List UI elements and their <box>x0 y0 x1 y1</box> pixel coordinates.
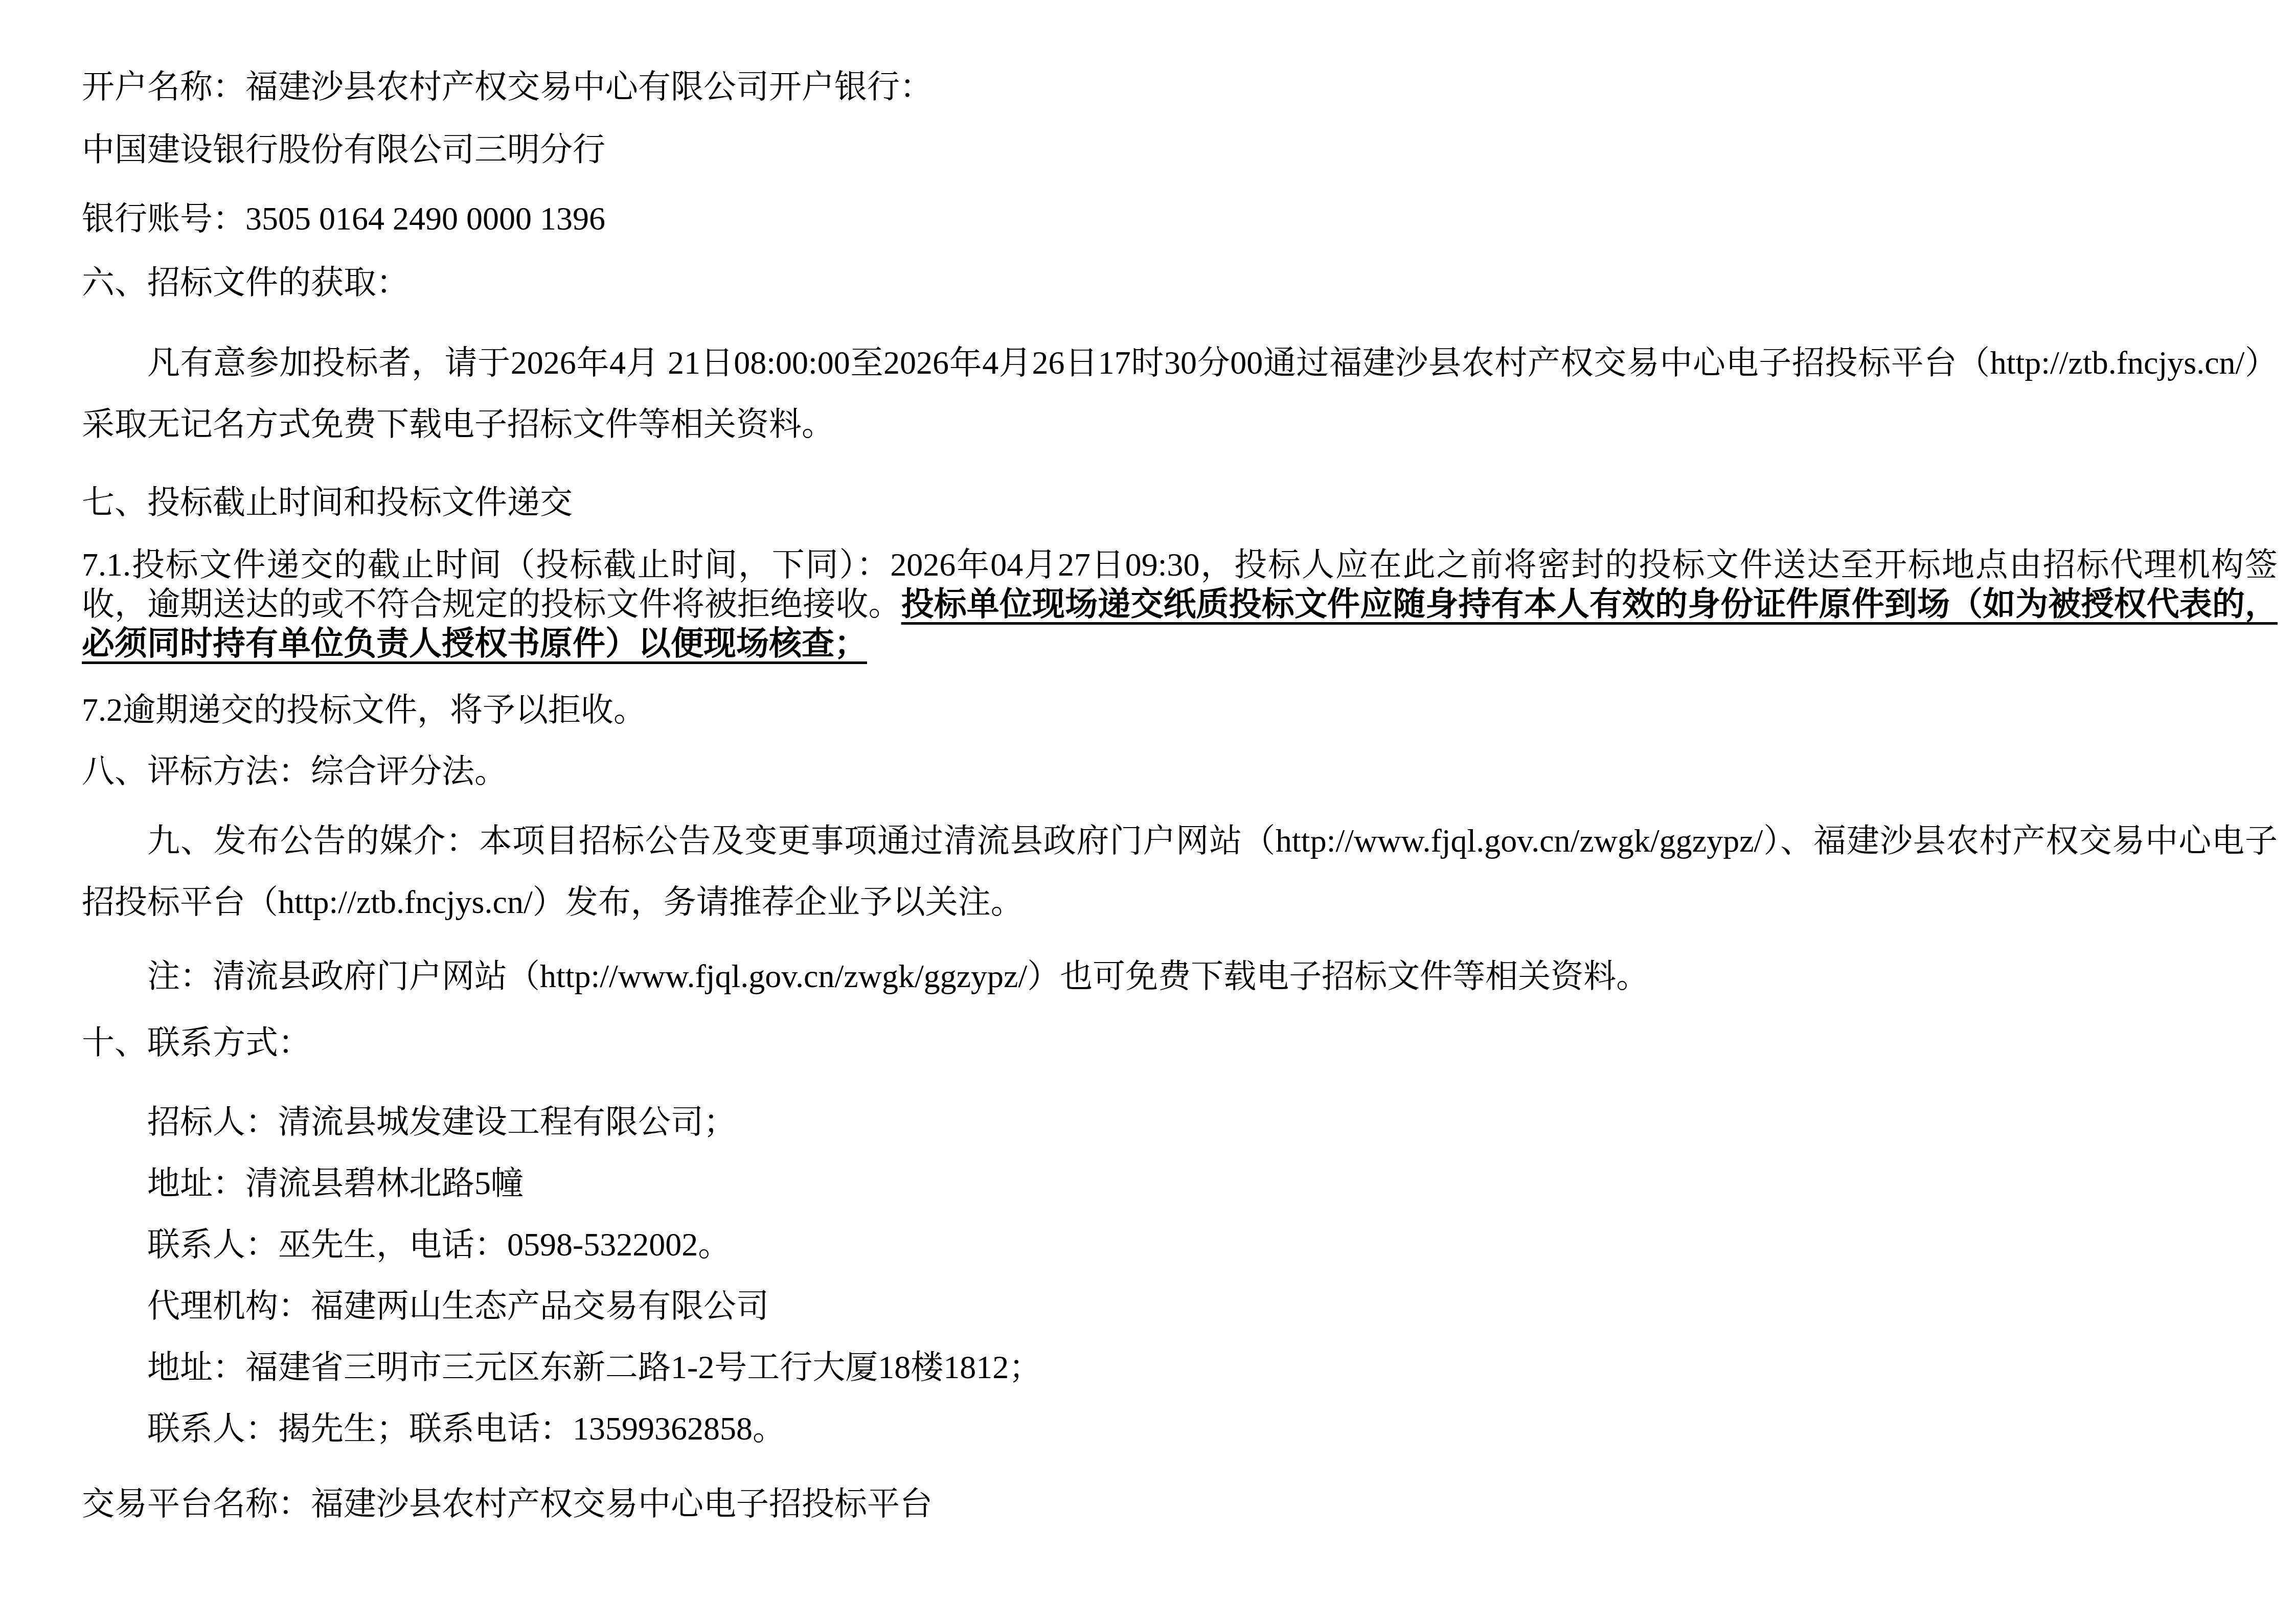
agency-line: 代理机构：福建两山生态产品交易有限公司 <box>82 1275 2278 1337</box>
platform-name-line: 交易平台名称：福建沙县农村产权交易中心电子招投标平台 <box>82 1473 2278 1535</box>
section-9-note: 注：清流县政府门户网站（http://www.fjql.gov.cn/zwgk/… <box>82 946 2278 1007</box>
tenderer-contact-line: 联系人：巫先生，电话：0598-5322002。 <box>82 1214 2278 1275</box>
document-page: 开户名称：福建沙县农村产权交易中心有限公司开户银行： 中国建设银行股份有限公司三… <box>0 0 2296 1535</box>
tenderer-line: 招标人：清流县城发建设工程有限公司； <box>82 1091 2278 1153</box>
agency-contact-line: 联系人：揭先生；联系电话：13599362858。 <box>82 1398 2278 1459</box>
section-8-line: 八、评标方法：综合评分法。 <box>82 741 2278 802</box>
section-6-paragraph: 凡有意参加投标者，请于2026年4月 21日08:00:00至2026年4月26… <box>82 332 2278 455</box>
bank-account-line: 银行账号：3505 0164 2490 0000 1396 <box>82 188 2278 249</box>
section-6-heading: 六、招标文件的获取： <box>82 252 2278 313</box>
clause-7-2: 7.2逾期递交的投标文件，将予以拒收。 <box>82 679 2278 741</box>
agency-address-line: 地址：福建省三明市三元区东新二路1-2号工行大厦18楼1812； <box>82 1337 2278 1398</box>
section-7-heading: 七、投标截止时间和投标文件递交 <box>82 472 2278 533</box>
section-9-paragraph: 九、发布公告的媒介：本项目招标公告及变更事项通过清流县政府门户网站（http:/… <box>82 810 2278 933</box>
clause-7-1: 7.1.投标文件递交的截止时间（投标截止时间，下同）：2026年04月27日09… <box>82 545 2278 663</box>
tenderer-address-line: 地址：清流县碧林北路5幢 <box>82 1153 2278 1214</box>
bank-name-line: 中国建设银行股份有限公司三明分行 <box>82 119 2278 180</box>
account-name-line: 开户名称：福建沙县农村产权交易中心有限公司开户银行： <box>82 56 2278 118</box>
section-10-heading: 十、联系方式： <box>82 1012 2278 1073</box>
